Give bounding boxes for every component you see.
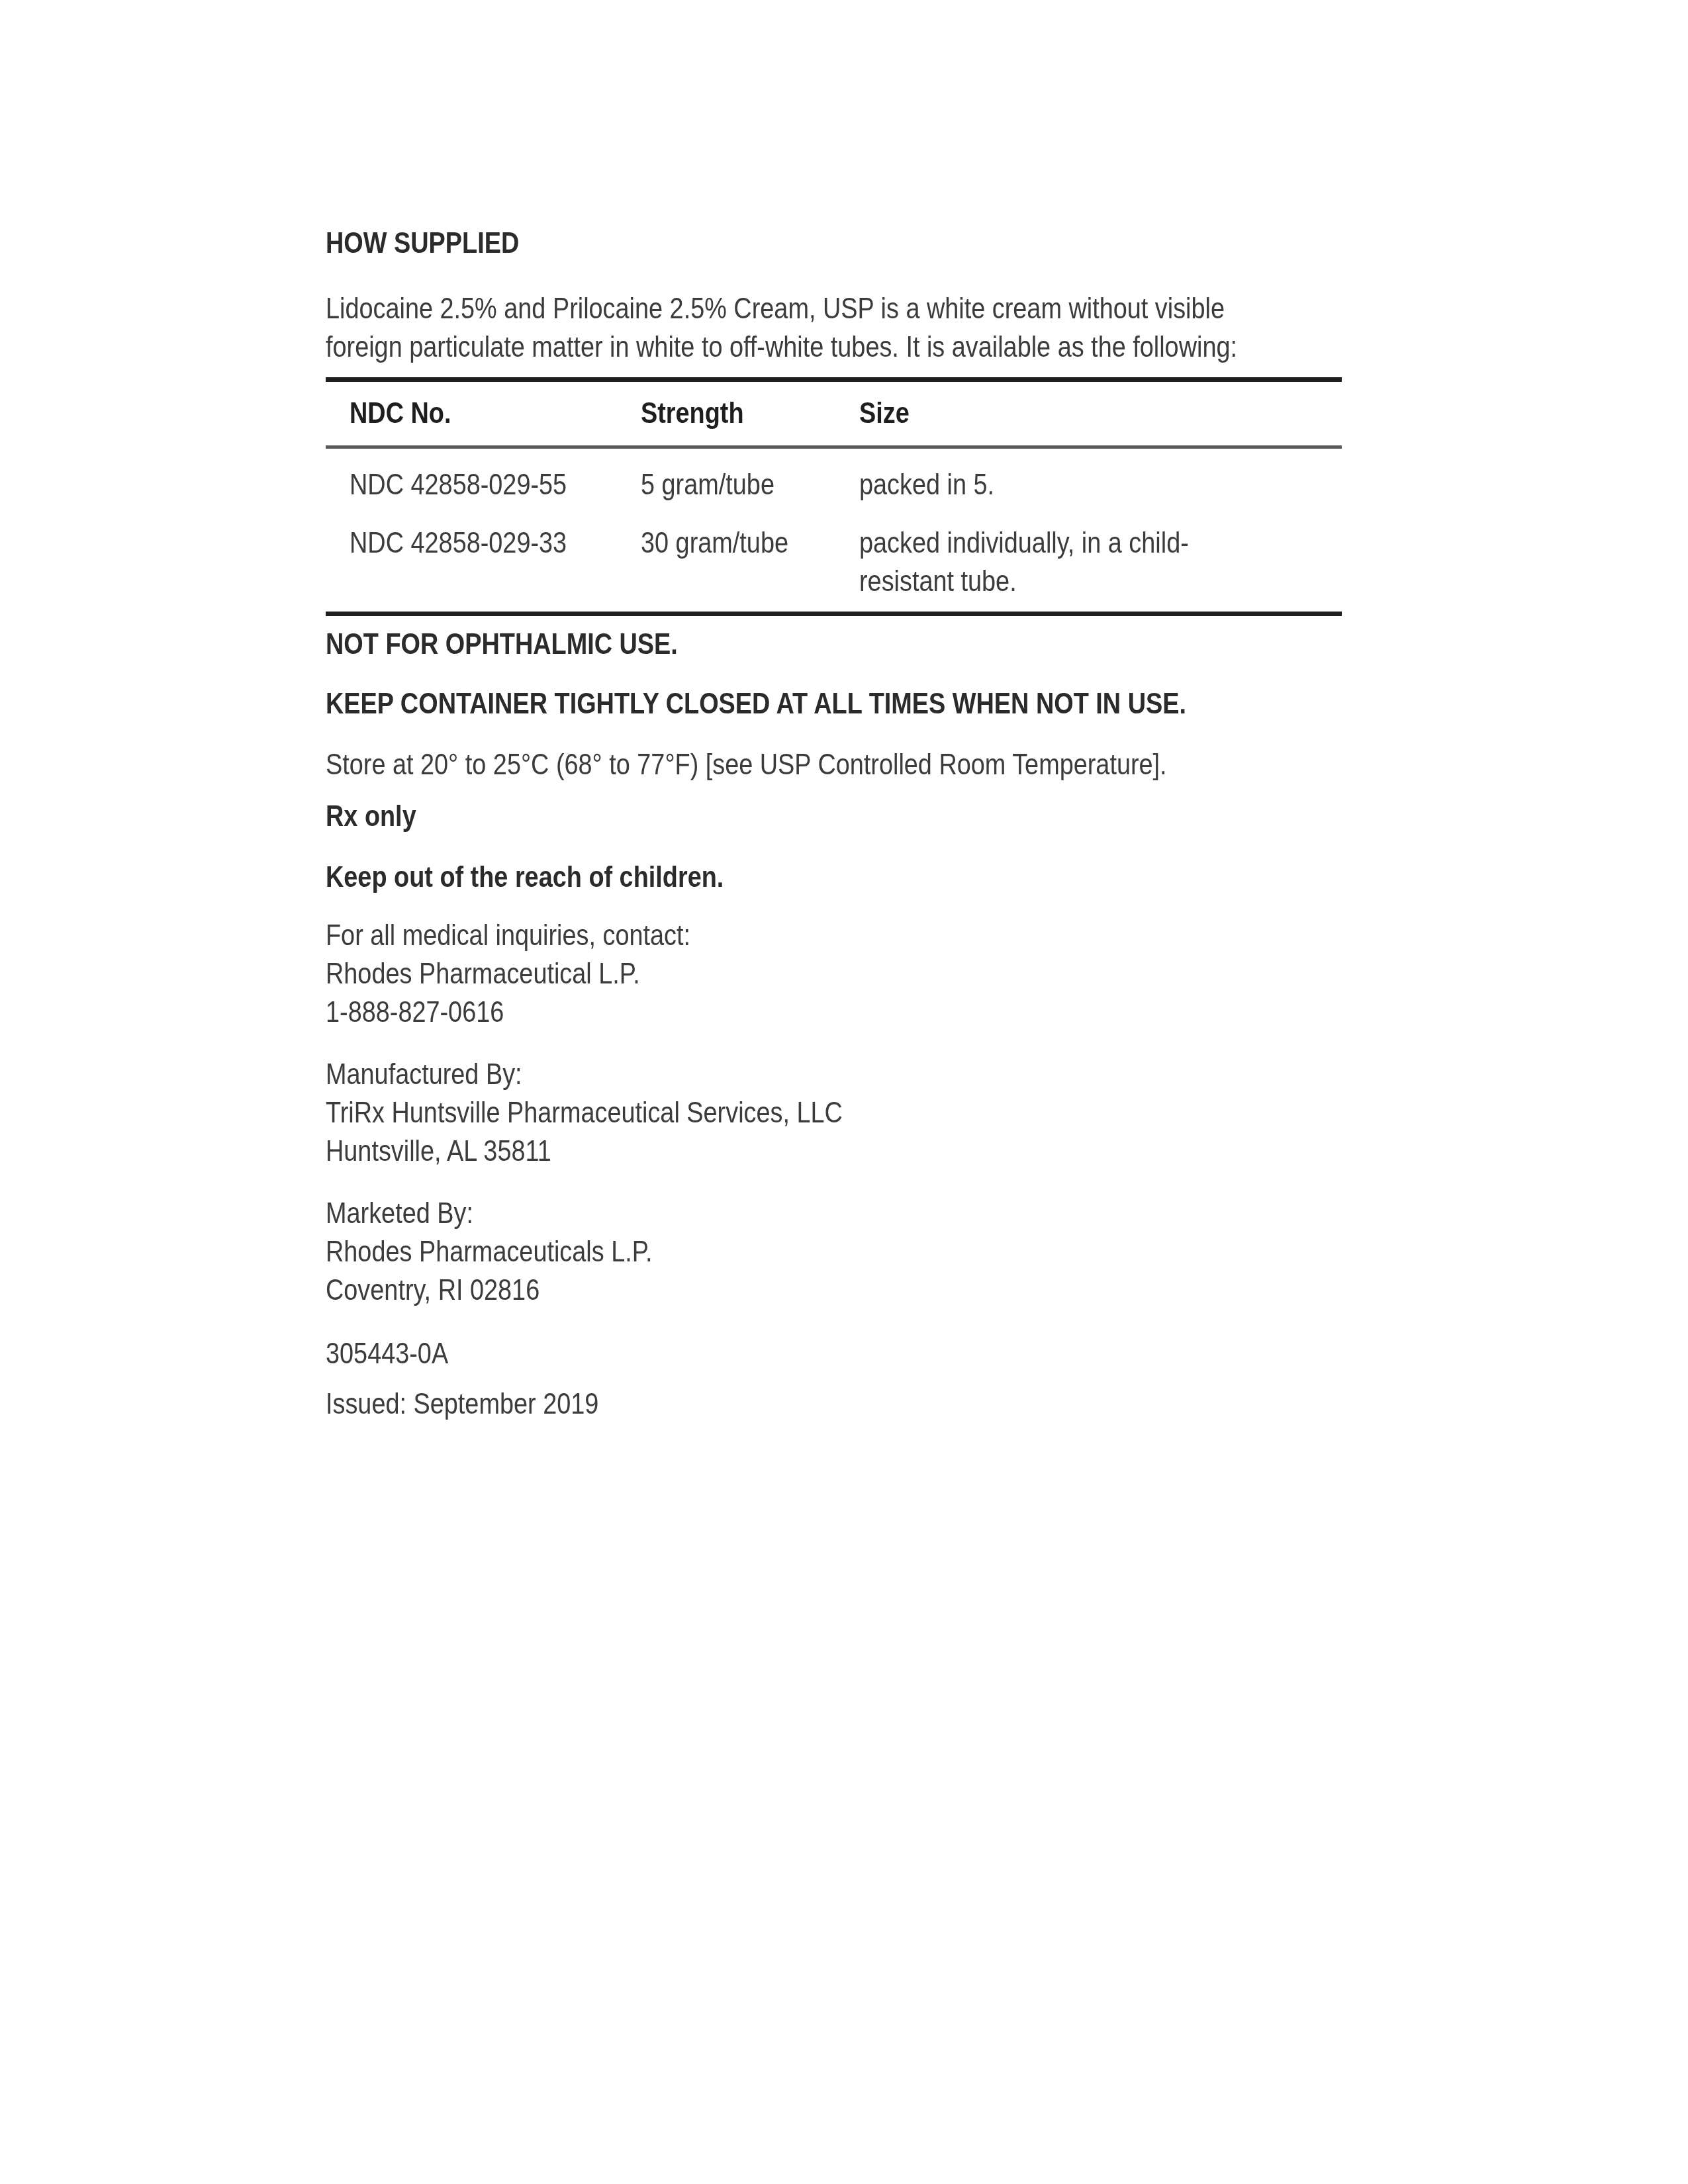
table-row: NDC 42858-029-33 30 gram/tube packed ind… [326, 514, 1342, 608]
table-bottom-rule [326, 612, 1342, 616]
manufacturer-name: TriRx Huntsville Pharmaceutical Services… [326, 1094, 843, 1132]
header-strength: Strength [641, 382, 859, 445]
header-ndc: NDC No. [326, 382, 641, 445]
cell-size: packed in 5. [859, 449, 1342, 514]
intro-paragraph: Lidocaine 2.5% and Prilocaine 2.5% Cream… [326, 290, 1342, 367]
manufacturer-location: Huntsville, AL 35811 [326, 1132, 551, 1171]
cell-strength: 5 gram/tube [641, 449, 859, 514]
marketer-name: Rhodes Pharmaceuticals L.P. [326, 1233, 653, 1271]
cell-strength: 30 gram/tube [641, 514, 859, 608]
inquiries-company: Rhodes Pharmaceutical L.P. [326, 955, 640, 993]
children-warning: Keep out of the reach of children. [326, 858, 1342, 897]
ophthalmic-warning: NOT FOR OPHTHALMIC USE. [326, 625, 1342, 664]
container-warning: KEEP CONTAINER TIGHTLY CLOSED AT ALL TIM… [326, 685, 1342, 723]
table-row: NDC 42858-029-55 5 gram/tube packed in 5… [326, 449, 1342, 514]
document-code: 305443-0A [326, 1335, 1342, 1373]
marketer-info: Marketed By: Rhodes Pharmaceuticals L.P.… [326, 1195, 1342, 1310]
cell-size: packed individually, in a child-resistan… [859, 514, 1342, 608]
intro-line: Lidocaine 2.5% and Prilocaine 2.5% Cream… [326, 290, 1342, 328]
cell-ndc: NDC 42858-029-33 [326, 514, 641, 608]
inquiries-phone: 1-888-827-0616 [326, 993, 504, 1032]
storage-instructions: Store at 20° to 25°C (68° to 77°F) [see … [326, 746, 1342, 784]
section-heading-text: HOW SUPPLIED [326, 224, 519, 263]
manufacturer-label: Manufactured By: [326, 1056, 522, 1094]
marketer-location: Coventry, RI 02816 [326, 1271, 539, 1310]
medical-inquiries: For all medical inquiries, contact: Rhod… [326, 917, 1342, 1032]
manufacturer-info: Manufactured By: TriRx Huntsville Pharma… [326, 1056, 1342, 1171]
issued-date: Issued: September 2019 [326, 1385, 1342, 1424]
header-size: Size [859, 382, 1342, 445]
section-heading: HOW SUPPLIED [326, 224, 1342, 263]
intro-line: foreign particulate matter in white to o… [326, 328, 1342, 367]
cell-ndc: NDC 42858-029-55 [326, 449, 641, 514]
marketer-label: Marketed By: [326, 1195, 473, 1233]
inquiries-label: For all medical inquiries, contact: [326, 917, 690, 955]
table-header-row: NDC No. Strength Size [326, 382, 1342, 445]
document-page: HOW SUPPLIED Lidocaine 2.5% and Prilocai… [326, 224, 1342, 1424]
ndc-table: NDC No. Strength Size NDC 42858-029-55 5… [326, 382, 1342, 608]
rx-only: Rx only [326, 797, 1342, 836]
table-top-rule [326, 377, 1342, 382]
